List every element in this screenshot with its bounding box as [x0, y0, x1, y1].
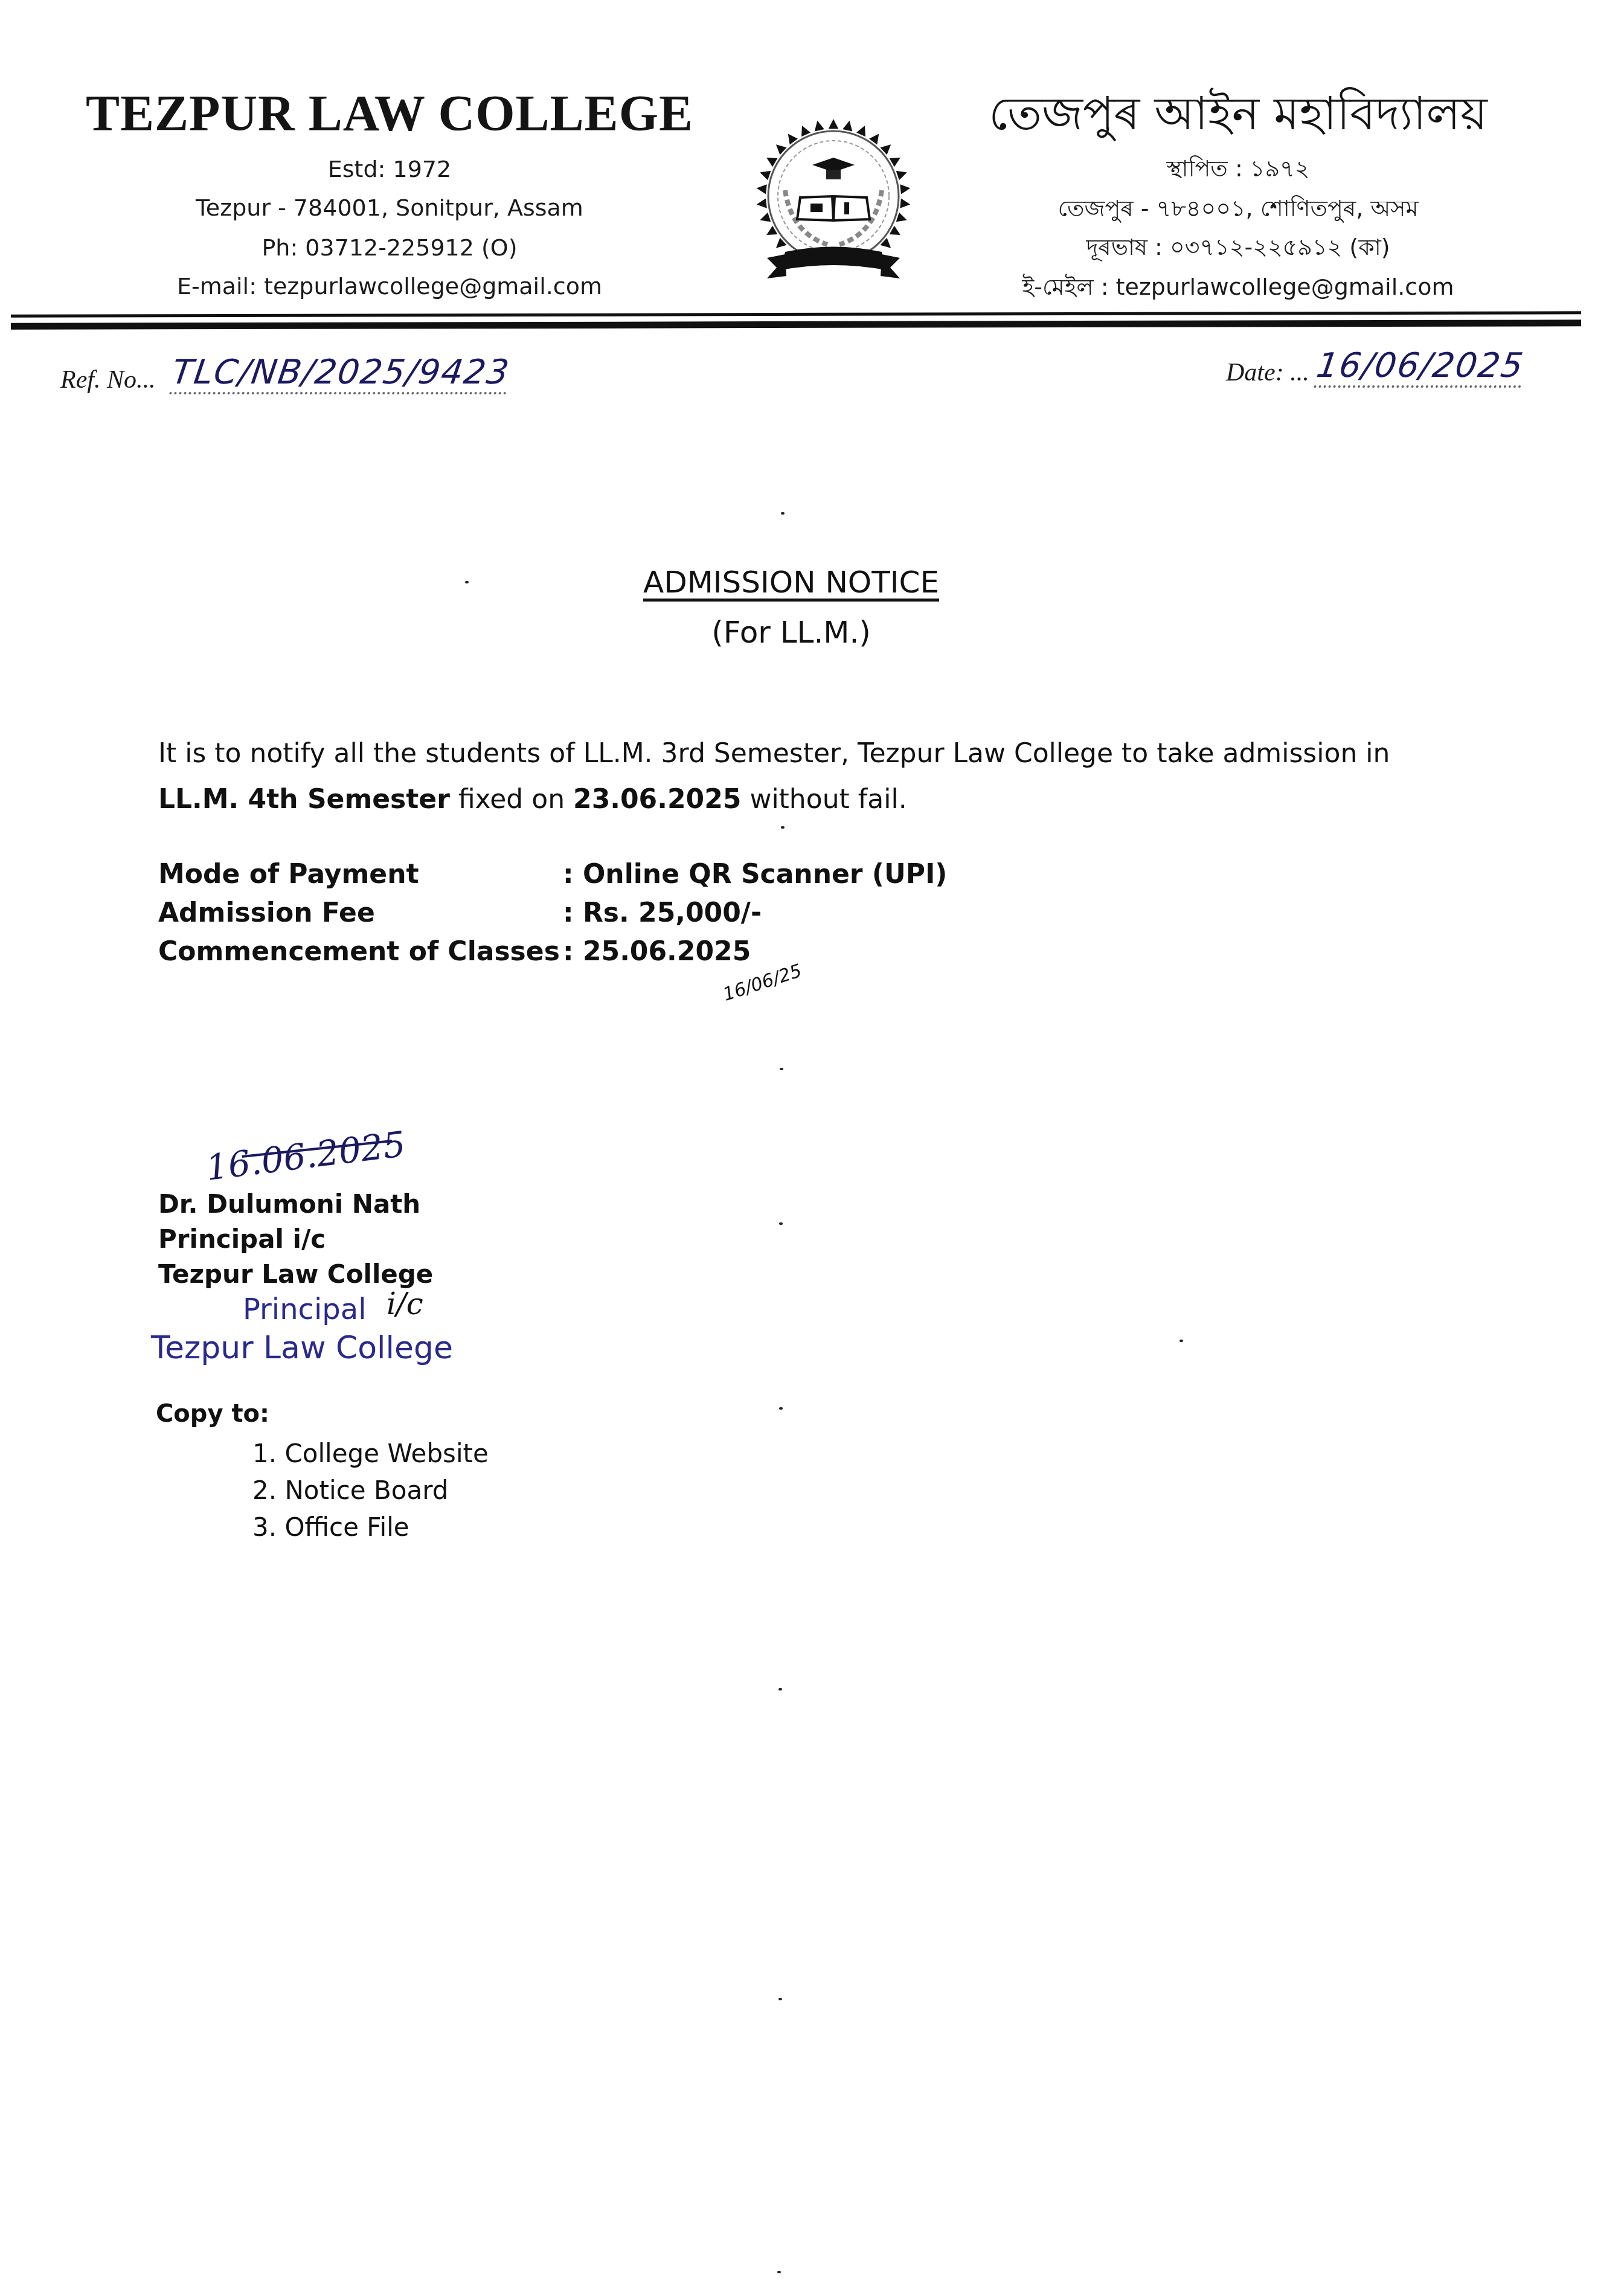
- date-value: 16/06/2025: [1314, 346, 1526, 388]
- admission-details: Mode of Payment : Online QR Scanner (UPI…: [158, 855, 947, 971]
- body-date-highlight: 23.06.2025: [573, 784, 741, 815]
- copy-to-item: 3. Office File: [252, 1509, 489, 1546]
- detail-label: Admission Fee: [158, 897, 563, 928]
- detail-label: Mode of Payment: [158, 859, 563, 890]
- phone-assamese: দূৰভাষ : ০৩৭১২-২২৫৯১২ (কা): [930, 230, 1546, 268]
- body-semester-highlight: LL.M. 4th Semester: [158, 784, 450, 815]
- copy-to-label: Copy to:: [156, 1400, 269, 1428]
- signatory-designation: Principal i/c: [158, 1222, 433, 1257]
- scan-speck: [1179, 1340, 1183, 1342]
- signatory-block: Dr. Dulumoni Nath Principal i/c Tezpur L…: [158, 1187, 433, 1292]
- detail-row-payment-mode: Mode of Payment : Online QR Scanner (UPI…: [158, 855, 947, 893]
- body-text-part3: without fail.: [741, 784, 907, 815]
- detail-row-admission-fee: Admission Fee : Rs. 25,000/-: [158, 893, 947, 932]
- notice-body: It is to notify all the students of LL.M…: [158, 731, 1427, 823]
- scan-speck: [465, 581, 469, 583]
- body-text-part1: It is to notify all the students of LL.M…: [158, 738, 1390, 769]
- college-name-assamese: তেজপুৰ আইন মহাবিদ্যালয়: [930, 79, 1546, 155]
- copy-to-item: 2. Notice Board: [252, 1472, 489, 1509]
- detail-value: : 25.06.2025: [563, 936, 751, 967]
- college-name-english: TEZPUR LAW COLLEGE: [79, 85, 701, 143]
- date-label: Date: ...: [1226, 358, 1309, 387]
- stamp-institution: Tezpur Law College: [151, 1330, 453, 1366]
- address-assamese: তেজপুৰ - ৭৮৪০০১, শোণিতপুৰ, অসম: [930, 191, 1546, 230]
- stamp-principal: Principal: [243, 1292, 367, 1326]
- college-seal-icon: [743, 118, 924, 287]
- handwritten-signature-date: 16.06.2025: [204, 1123, 408, 1189]
- scan-speck: [779, 1222, 783, 1225]
- scan-speck: [780, 1068, 783, 1070]
- notice-subtitle: (For LL.M.): [544, 615, 1039, 650]
- scan-speck: [777, 2271, 781, 2273]
- detail-label: Commencement of Classes: [158, 936, 563, 967]
- header-divider-thick: [11, 319, 1581, 329]
- stamp-ic-handwritten: i/c: [387, 1286, 423, 1321]
- established-year-assamese: স্থাপিত : ১৯৭২: [930, 151, 1546, 190]
- scan-speck: [779, 1407, 783, 1410]
- body-text-part2: fixed on: [450, 784, 573, 815]
- copy-to-item: 1. College Website: [252, 1435, 489, 1472]
- scan-speck: [778, 1998, 782, 2000]
- notice-title-text: ADMISSION NOTICE: [643, 565, 939, 600]
- scan-speck: [778, 1688, 782, 1690]
- ref-number-value: TLC/NB/2025/9423: [169, 353, 512, 394]
- established-year-english: Estd: 1972: [79, 156, 701, 182]
- scan-speck: [781, 826, 785, 829]
- signatory-name: Dr. Dulumoni Nath: [158, 1187, 433, 1222]
- detail-value: : Online QR Scanner (UPI): [563, 859, 947, 890]
- phone-english: Ph: 03712-225912 (O): [79, 234, 701, 261]
- detail-value: : Rs. 25,000/-: [563, 897, 762, 928]
- header-divider-thin: [11, 311, 1581, 317]
- email-assamese: ই-মেইল : tezpurlawcollege@gmail.com: [930, 269, 1546, 308]
- notice-title: ADMISSION NOTICE: [544, 565, 1039, 600]
- ref-number-label: Ref. No...: [60, 365, 155, 394]
- email-english: E-mail: tezpurlawcollege@gmail.com: [79, 273, 701, 300]
- detail-row-class-commencement: Commencement of Classes : 25.06.2025: [158, 932, 947, 971]
- scan-speck: [781, 512, 785, 515]
- copy-to-list: 1. College Website 2. Notice Board 3. Of…: [252, 1435, 489, 1546]
- address-english: Tezpur - 784001, Sonitpur, Assam: [79, 194, 701, 221]
